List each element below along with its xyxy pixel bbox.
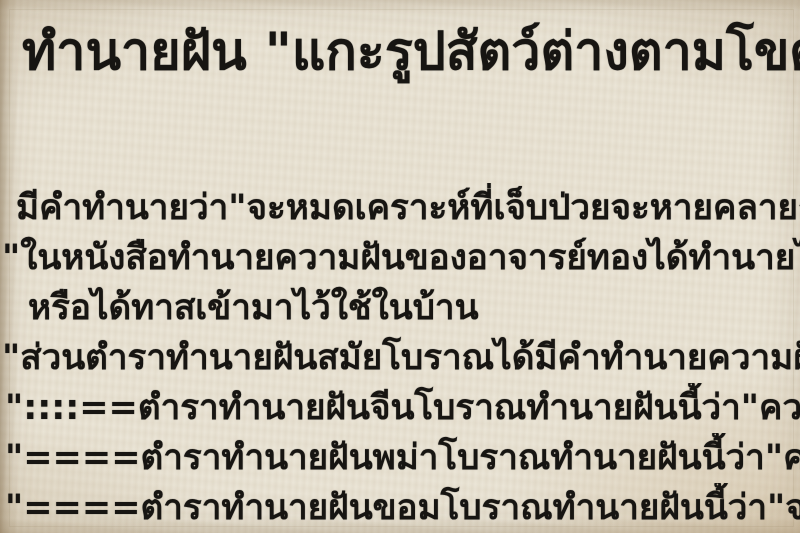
prediction-line: มีคำทำนายว่า"จะหมดเคราะห์ที่เจ็บป่วยจะหา… [0,183,800,233]
prediction-line: "::::==ตำราทำนายฝันจีนโบราณทำนายฝันนี้ว่… [0,383,800,433]
prediction-text-block: มีคำทำนายว่า"จะหมดเคราะห์ที่เจ็บป่วยจะหา… [0,183,800,533]
prediction-line: "====ตำราทำนายฝันพม่าโบราณทำนายฝันนี้ว่า… [0,433,800,483]
prediction-line: "ส่วนตำราทำนายฝันสมัยโบราณได้มีคำทำนายคว… [0,333,800,383]
prediction-line: "ในหนังสือทำนายความฝันของอาจารย์ทองได้ทำ… [0,233,800,283]
prediction-line: หรือได้ทาสเข้ามาไว้ใช้ในบ้าน [0,283,800,333]
dream-interpretation-page: ทำนายฝัน "แกะรูปสัตว์ต่างตามโขดหิน" มีคำ… [0,0,800,533]
prediction-line: "====ตำราทำนายฝันขอมโบราณทำนายฝันนี้ว่า"… [0,483,800,533]
page-title: ทำนายฝัน "แกะรูปสัตว์ต่างตามโขดหิน" [22,8,800,96]
